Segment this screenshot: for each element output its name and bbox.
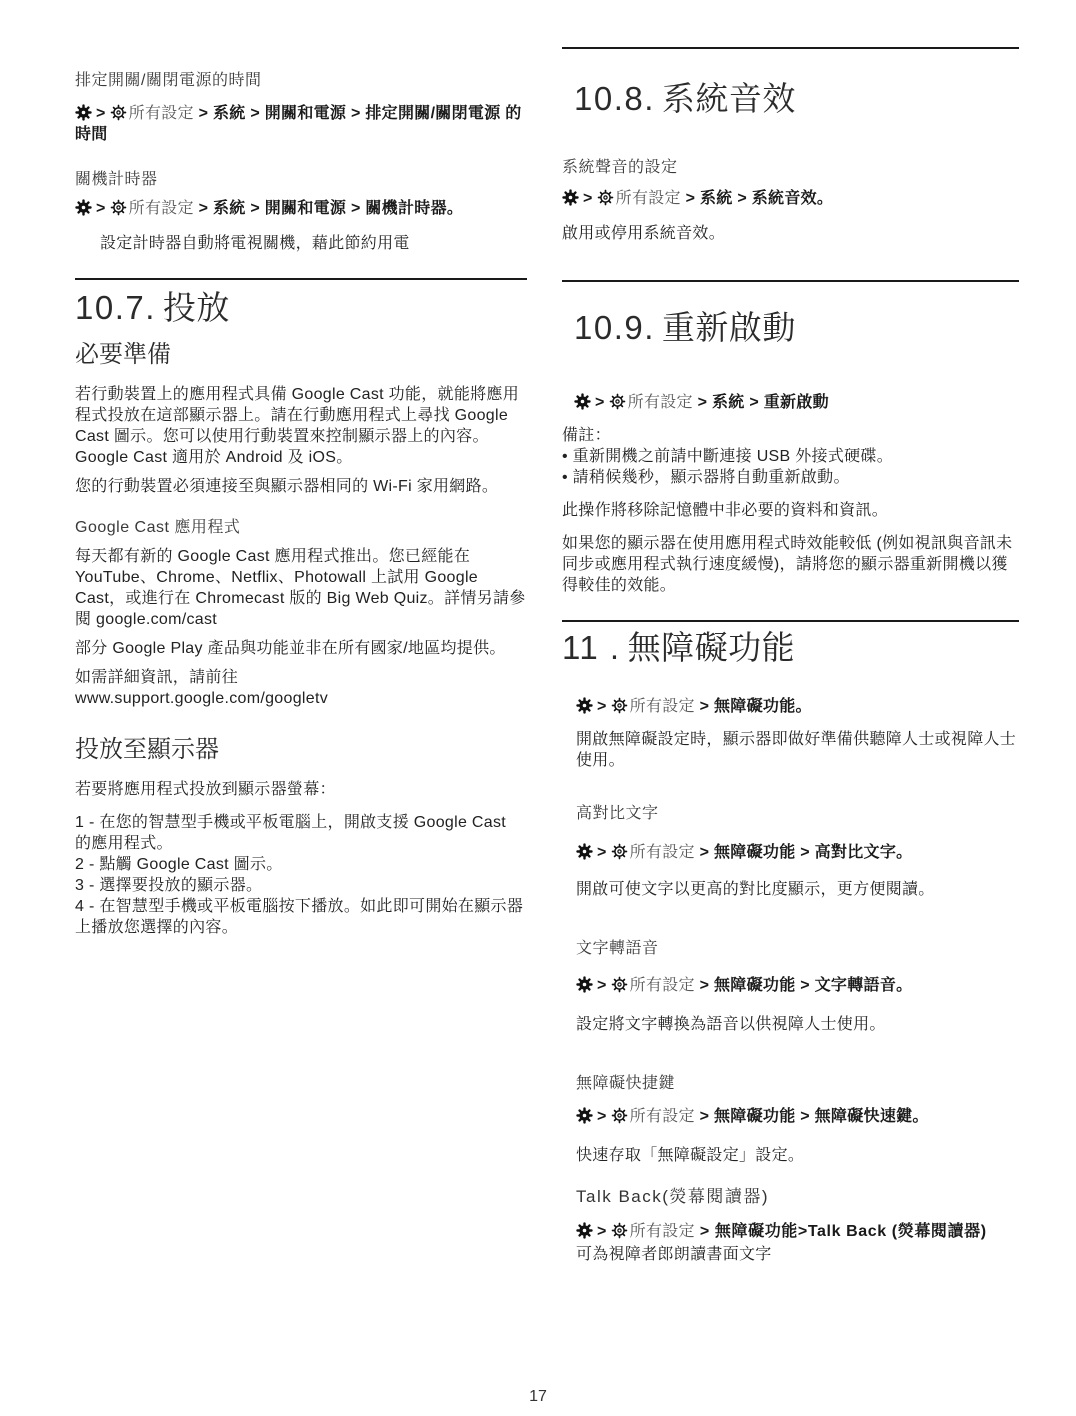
all-settings-gear-icon: [609, 393, 626, 410]
breadcrumb-all-settings: 所有設定: [630, 1223, 695, 1240]
breadcrumb-separator: >: [583, 190, 593, 207]
section-title: 無障礙功能: [628, 629, 796, 666]
accessibility-intro: 開啟無障礙設定時，顯示器即做好準備供聽障人士或視障人士使用。: [562, 729, 1019, 771]
breadcrumb-separator: >: [597, 1223, 607, 1240]
breadcrumb-all-settings: 所有設定: [630, 698, 695, 715]
cast-steps-list: 1 - 在您的智慧型手機或平板電腦上，開啟支援 Google Cast 的應用程…: [75, 812, 527, 938]
reboot-notes: 備註： • 重新開機之前請中斷連接 USB 外接式硬碟。 • 請稍候幾秒，顯示器…: [562, 425, 1019, 488]
all-settings-gear-icon: [110, 199, 127, 216]
cast-steps-intro: 若要將應用程式投放到顯示器螢幕：: [75, 779, 527, 800]
section-divider: [562, 280, 1019, 282]
breadcrumb-all-settings: 所有設定: [630, 844, 695, 861]
section-title: 投放: [163, 289, 230, 326]
text-to-speech-title: 文字轉語音: [562, 938, 1019, 959]
menu-gear-icon: [75, 104, 92, 121]
section-number: 10.9.: [574, 309, 655, 346]
cast-apps-title: Google Cast 應用程式: [75, 517, 527, 538]
breadcrumb-all-settings: 所有設定: [630, 1108, 695, 1125]
cast-paragraph-2: 您的行動裝置必須連接至與顯示器相同的 Wi-Fi 家用網路。: [75, 476, 527, 497]
section-title: 重新啟動: [662, 309, 796, 346]
section-title: 系統音效: [662, 80, 796, 117]
breadcrumb-path: > 無障礙功能。: [695, 698, 812, 715]
section-divider: [75, 278, 527, 280]
cast-step-4: 4 - 在智慧型手機或平板電腦按下播放。如此即可開始在顯示器上播放您選擇的內容。: [75, 896, 527, 938]
menu-gear-icon: [576, 697, 593, 714]
system-sound-breadcrumb: >所有設定 > 系統 > 系統音效。: [562, 188, 1019, 209]
cast-step-2: 2 - 點觸 Google Cast 圖示。: [75, 854, 527, 875]
breadcrumb-all-settings: 所有設定: [630, 977, 695, 994]
sleep-timer-breadcrumb: >所有設定 > 系統 > 開關和電源 > 關機計時器。: [75, 198, 527, 219]
cast-paragraph-1: 若行動裝置上的應用程式具備 Google Cast 功能，就能將應用程式投放在這…: [75, 384, 527, 468]
breadcrumb-separator: >: [597, 1108, 607, 1125]
section-10-8-heading: 10.8.系統音效: [562, 79, 1019, 119]
menu-gear-icon: [576, 1222, 593, 1239]
menu-gear-icon: [576, 1107, 593, 1124]
preparation-heading: 必要準備: [75, 340, 527, 370]
high-contrast-title: 高對比文字: [562, 803, 1019, 824]
breadcrumb-all-settings: 所有設定: [129, 200, 194, 217]
breadcrumb-path: > 無障礙功能 > 高對比文字。: [695, 844, 913, 861]
accessibility-shortcut-breadcrumb: >所有設定 > 無障礙功能 > 無障礙快速鍵。: [562, 1106, 1019, 1127]
schedule-breadcrumb: >所有設定 > 系統 > 開關和電源 > 排定開關/關閉電源 的時間: [75, 103, 527, 145]
all-settings-gear-icon: [611, 843, 628, 860]
talkback-title: Talk Back(熒幕閱讀器): [562, 1186, 1019, 1207]
all-settings-gear-icon: [597, 189, 614, 206]
menu-gear-icon: [576, 843, 593, 860]
availability-paragraph: 部分 Google Play 產品與功能並非在所有國家/地區均提供。: [75, 638, 527, 659]
menu-gear-icon: [562, 189, 579, 206]
accessibility-shortcut-title: 無障礙快捷鍵: [562, 1073, 1019, 1094]
breadcrumb-path: > 系統 > 系統音效。: [681, 190, 833, 207]
section-number: 10.7.: [75, 289, 156, 326]
breadcrumb-separator: >: [597, 698, 607, 715]
section-number: 10.8.: [574, 80, 655, 117]
all-settings-gear-icon: [611, 1107, 628, 1124]
breadcrumb-separator: >: [597, 977, 607, 994]
breadcrumb-all-settings: 所有設定: [628, 394, 693, 411]
breadcrumb-separator: >: [595, 394, 605, 411]
menu-gear-icon: [75, 199, 92, 216]
schedule-onoff-title: 排定開關/關閉電源的時間: [75, 70, 527, 91]
more-info-line: 如需詳細資訊，請前往: [75, 667, 527, 688]
high-contrast-breadcrumb: >所有設定 > 無障礙功能 > 高對比文字。: [562, 842, 1019, 863]
page-number: 17: [0, 1388, 1076, 1406]
section-10-7-heading: 10.7.投放: [75, 288, 527, 328]
breadcrumb-path: > 無障礙功能>Talk Back (熒幕閱讀器): [695, 1223, 987, 1240]
cast-step-1: 1 - 在您的智慧型手機或平板電腦上，開啟支援 Google Cast 的應用程…: [75, 812, 527, 854]
breadcrumb-path: > 無障礙功能 > 無障礙快速鍵。: [695, 1108, 929, 1125]
note-item-1: • 重新開機之前請中斷連接 USB 外接式硬碟。: [562, 446, 1019, 467]
breadcrumb-separator: >: [597, 844, 607, 861]
breadcrumb-path: > 系統 > 重新啟動: [693, 394, 829, 411]
all-settings-gear-icon: [611, 976, 628, 993]
support-url: www.support.google.com/googletv: [75, 688, 527, 709]
breadcrumb-all-settings: 所有設定: [129, 105, 194, 122]
breadcrumb-path: > 系統 > 開關和電源 > 關機計時器。: [194, 200, 463, 217]
left-column: 排定開關/關閉電源的時間 >所有設定 > 系統 > 開關和電源 > 排定開關/關…: [75, 70, 527, 938]
reboot-paragraph-1: 此操作將移除記憶體中非必要的資料和資訊。: [562, 500, 1019, 521]
breadcrumb-separator: >: [96, 105, 106, 122]
more-info-paragraph: 如需詳細資訊，請前往www.support.google.com/googlet…: [75, 667, 527, 709]
section-number: 11 .: [562, 629, 621, 666]
sleep-timer-title: 關機計時器: [75, 169, 527, 190]
cast-to-display-heading: 投放至顯示器: [75, 735, 527, 765]
all-settings-gear-icon: [110, 104, 127, 121]
cast-step-3: 3 - 選擇要投放的顯示器。: [75, 875, 527, 896]
right-column: 10.8.系統音效 系統聲音的設定 >所有設定 > 系統 > 系統音效。 啟用或…: [562, 47, 1019, 1265]
system-sound-description: 啟用或停用系統音效。: [562, 223, 1019, 244]
sleep-timer-description: 設定計時器自動將電視關機，藉此節約用電: [75, 233, 527, 254]
section-divider: [562, 620, 1019, 622]
text-to-speech-description: 設定將文字轉換為語音以供視障人士使用。: [562, 1014, 1019, 1035]
text-to-speech-breadcrumb: >所有設定 > 無障礙功能 > 文字轉語音。: [562, 975, 1019, 996]
talkback-description: 可為視障者郎朗讀書面文字: [562, 1244, 1019, 1265]
menu-gear-icon: [576, 976, 593, 993]
all-settings-gear-icon: [611, 697, 628, 714]
section-divider: [562, 47, 1019, 49]
cast-apps-paragraph: 每天都有新的 Google Cast 應用程式推出。您已經能在 YouTube、…: [75, 546, 527, 630]
breadcrumb-path: > 無障礙功能 > 文字轉語音。: [695, 977, 913, 994]
manual-page: { "ui": { "sep": ">", "all_settings": "所…: [0, 0, 1076, 1416]
breadcrumb-all-settings: 所有設定: [616, 190, 681, 207]
breadcrumb-separator: >: [96, 200, 106, 217]
talkback-breadcrumb: >所有設定 > 無障礙功能>Talk Back (熒幕閱讀器): [562, 1221, 1019, 1242]
menu-gear-icon: [574, 393, 591, 410]
section-10-9-heading: 10.9.重新啟動: [562, 308, 1019, 348]
reboot-paragraph-2: 如果您的顯示器在使用應用程式時效能較低 (例如視訊與音訊未同步或應用程式執行速度…: [562, 533, 1019, 596]
all-settings-gear-icon: [611, 1222, 628, 1239]
section-11-heading: 11 .無障礙功能: [562, 628, 1019, 668]
note-item-2: • 請稍候幾秒，顯示器將自動重新啟動。: [562, 467, 1019, 488]
accessibility-shortcut-description: 快速存取「無障礙設定」設定。: [562, 1145, 1019, 1166]
accessibility-breadcrumb: >所有設定 > 無障礙功能。: [562, 696, 1019, 717]
system-sound-title: 系統聲音的設定: [562, 157, 1019, 178]
high-contrast-description: 開啟可使文字以更高的對比度顯示，更方便閱讀。: [562, 879, 1019, 900]
note-label: 備註：: [562, 425, 1019, 446]
reboot-breadcrumb: >所有設定 > 系統 > 重新啟動: [562, 392, 1019, 413]
